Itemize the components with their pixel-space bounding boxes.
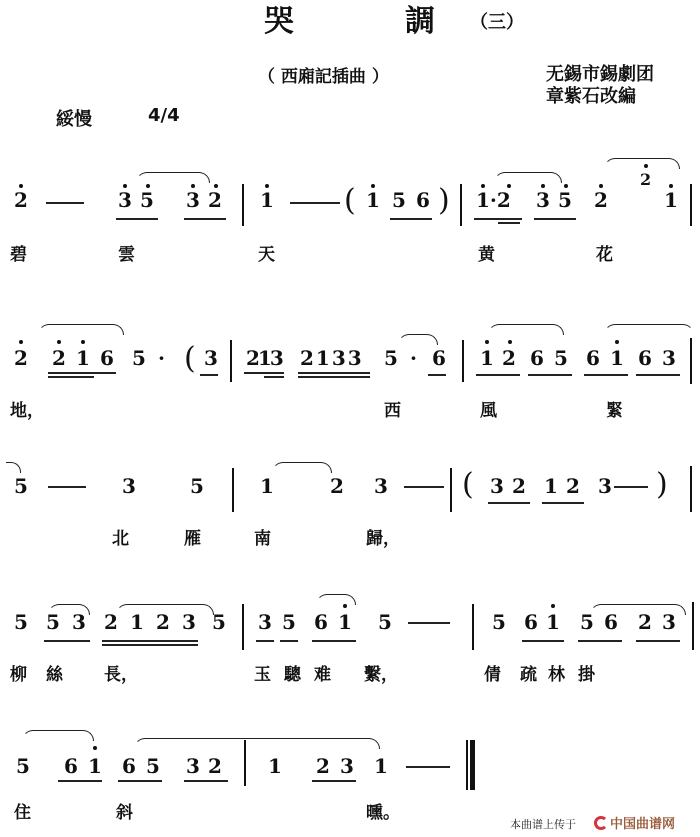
title-char-2: 調 <box>405 0 435 40</box>
note: 2 <box>638 612 652 632</box>
extension-dash <box>46 202 84 204</box>
note: 3 <box>662 348 676 368</box>
underline <box>584 374 628 376</box>
underline <box>48 372 116 374</box>
close-paren: ) <box>656 470 668 500</box>
note: 1 <box>544 476 558 496</box>
note: 6 <box>524 612 538 632</box>
bar-line <box>242 604 244 650</box>
note: 1 <box>88 756 102 776</box>
underline <box>312 780 356 782</box>
open-paren: ( <box>462 470 474 500</box>
underline <box>280 640 298 642</box>
note: 3 <box>662 612 676 632</box>
note: 6 <box>64 756 78 776</box>
underline <box>578 640 622 642</box>
site-logo-text: 中国曲谱网 <box>610 813 675 832</box>
high-octave-dot <box>19 340 23 344</box>
underline <box>244 372 284 374</box>
note: 1·2 <box>476 190 511 210</box>
note: 6 <box>100 348 114 368</box>
note: 1 <box>480 348 494 368</box>
note: 2 <box>14 348 28 368</box>
high-octave-dot <box>93 746 97 750</box>
slur <box>316 594 356 605</box>
underline <box>476 374 520 376</box>
note: 6 <box>530 348 544 368</box>
note: 3 <box>374 476 388 496</box>
note: 5 <box>14 612 28 632</box>
underline <box>200 374 218 376</box>
note: 6 <box>432 348 446 368</box>
final-bar-line-thin <box>466 740 468 790</box>
underline <box>44 640 90 642</box>
extension-dash <box>290 202 340 204</box>
note: 3 <box>186 190 200 210</box>
note: 1 <box>260 190 274 210</box>
lyric: 北 <box>112 524 129 549</box>
note: 2 <box>566 476 580 496</box>
close-paren: ) <box>438 186 450 216</box>
site-logo[interactable]: 中国曲谱网 <box>594 813 675 832</box>
slur <box>134 738 380 749</box>
high-octave-dot <box>644 164 648 168</box>
lyric: 驄 <box>284 660 301 685</box>
note: 5 <box>46 612 60 632</box>
extension-dash <box>406 766 450 768</box>
note: 6 <box>314 612 328 632</box>
note: 6 <box>416 190 430 210</box>
extension-dash <box>404 486 444 488</box>
lyric: 歸， <box>366 524 400 549</box>
lyric: 花 <box>596 240 613 265</box>
slur <box>272 462 332 473</box>
underline <box>118 780 162 782</box>
bar-line <box>244 740 246 786</box>
lyric: 碧 <box>10 240 27 265</box>
note: 1 <box>130 612 144 632</box>
slur <box>38 324 124 335</box>
underline <box>474 218 522 220</box>
slur <box>604 324 694 335</box>
underline <box>102 640 198 642</box>
note: 2 <box>104 612 118 632</box>
lyric: 長， <box>104 660 138 685</box>
note: 5 <box>190 476 204 496</box>
note: 3 <box>490 476 504 496</box>
note: 2133 <box>300 348 364 368</box>
underline <box>498 222 520 224</box>
note: 6 <box>604 612 618 632</box>
note: 5 <box>16 756 30 776</box>
note: 2 <box>502 348 516 368</box>
lyric: 曛。 <box>366 798 400 823</box>
lyric: 西 <box>384 396 401 421</box>
lyric: 玉 <box>254 660 271 685</box>
underline <box>264 376 284 378</box>
note: 1 <box>76 348 90 368</box>
bar-line <box>460 184 462 226</box>
underline <box>312 640 356 642</box>
note: 3 <box>118 190 132 210</box>
final-bar-line-thick <box>470 740 475 790</box>
note: 5 <box>14 476 28 496</box>
high-octave-dot <box>265 184 269 188</box>
underline <box>390 218 432 220</box>
note: 5 <box>140 190 154 210</box>
grace-note: 2 <box>640 170 651 190</box>
note: 5 <box>392 190 406 210</box>
open-paren: ( <box>344 186 356 216</box>
bar-line <box>230 340 232 382</box>
underline <box>428 374 446 376</box>
lyric: 雲 <box>118 240 135 265</box>
note: 3 <box>182 612 196 632</box>
lyric: 住 <box>14 798 31 823</box>
underline <box>298 372 370 374</box>
underline <box>534 218 576 220</box>
note: 2 <box>14 190 28 210</box>
lyric: 斜 <box>116 798 133 823</box>
title-part-number: （三） <box>470 8 524 34</box>
note: 6 <box>122 756 136 776</box>
slur <box>494 172 562 183</box>
note: 5 <box>132 348 146 368</box>
note: 5 <box>558 190 572 210</box>
lyric: 黄 <box>478 240 495 265</box>
underline <box>58 780 102 782</box>
lyric: 絲 <box>46 660 63 685</box>
slur-continuation <box>6 462 21 473</box>
underline <box>298 376 370 378</box>
note: 3 <box>258 612 272 632</box>
note: 2 <box>156 612 170 632</box>
note: 1 <box>338 612 352 632</box>
lyric: 南 <box>254 524 271 549</box>
underline <box>528 374 572 376</box>
lyric: 繫， <box>364 660 398 685</box>
high-octave-dot <box>191 184 195 188</box>
bar-line <box>690 338 692 384</box>
bar-line <box>692 602 694 650</box>
tempo-marking: 綏慢 <box>56 105 92 131</box>
underline <box>184 780 228 782</box>
time-signature: 4/4 <box>148 105 180 126</box>
underline <box>488 502 530 504</box>
lyric: 柳 <box>10 660 27 685</box>
note: 3 <box>122 476 136 496</box>
extension-dash <box>48 486 86 488</box>
note: 6 <box>638 348 652 368</box>
lyric: 难 <box>314 660 331 685</box>
note: 1 <box>546 612 560 632</box>
bar-line <box>690 184 692 226</box>
note: 6 <box>586 348 600 368</box>
lyric: 風 <box>480 396 497 421</box>
note: 2 <box>330 476 344 496</box>
note: 5 <box>378 612 392 632</box>
note: 5 <box>492 612 506 632</box>
underline <box>116 218 158 220</box>
high-octave-dot <box>214 184 218 188</box>
note: 1 <box>260 476 274 496</box>
high-octave-dot <box>123 184 127 188</box>
high-octave-dot <box>599 184 603 188</box>
slur <box>604 158 680 169</box>
note: 2 <box>208 756 222 776</box>
note: 2 <box>208 190 222 210</box>
note: 3 <box>598 476 612 496</box>
lyric: 雁 <box>184 524 201 549</box>
note: 2 <box>512 476 526 496</box>
extension-dash <box>408 622 450 624</box>
note: 3 <box>72 612 86 632</box>
underline <box>636 640 680 642</box>
note: 5 <box>580 612 594 632</box>
high-octave-dot <box>343 604 347 608</box>
logo-mark-icon <box>594 816 608 830</box>
note: 2 <box>52 348 66 368</box>
high-octave-dot <box>485 340 489 344</box>
note: 5 <box>384 348 398 368</box>
note: 5 <box>212 612 226 632</box>
underline <box>184 218 226 220</box>
underline <box>636 374 680 376</box>
underline <box>102 644 198 646</box>
lyric: 天 <box>258 240 275 265</box>
bar-line <box>242 184 244 226</box>
high-octave-dot <box>615 340 619 344</box>
bar-line <box>472 604 474 650</box>
note: 213 <box>246 348 282 368</box>
note: 1 <box>374 756 388 776</box>
bar-line <box>462 340 464 382</box>
slur <box>488 324 564 335</box>
note: 5 <box>282 612 296 632</box>
high-octave-dot <box>81 340 85 344</box>
lyric: 疏 <box>520 660 537 685</box>
upload-source-text: 本曲谱上传于 <box>510 816 576 832</box>
high-octave-dot <box>551 604 555 608</box>
high-octave-dot <box>564 184 568 188</box>
bar-line <box>690 466 692 512</box>
slur <box>22 730 94 741</box>
lyric: 林 <box>548 660 565 685</box>
high-octave-dot <box>146 184 150 188</box>
title-char-1: 哭 <box>264 0 294 40</box>
note: 1 <box>664 190 678 210</box>
note: 2 <box>594 190 608 210</box>
underline <box>542 502 584 504</box>
underline <box>48 376 94 378</box>
high-octave-dot <box>541 184 545 188</box>
high-octave-dot <box>507 184 511 188</box>
note: 1 <box>366 190 380 210</box>
bar-line <box>450 468 452 512</box>
note: 5 <box>146 756 160 776</box>
note: 1 <box>610 348 624 368</box>
underline <box>256 640 274 642</box>
high-octave-dot <box>19 184 23 188</box>
dot-note: · <box>158 348 165 368</box>
lyric: 倩 <box>484 660 501 685</box>
note: 3 <box>186 756 200 776</box>
note: 3 <box>204 348 218 368</box>
note: 3 <box>340 756 354 776</box>
dot-note: · <box>410 348 417 368</box>
slur <box>398 334 438 345</box>
high-octave-dot <box>371 184 375 188</box>
high-octave-dot <box>481 184 485 188</box>
extension-dash <box>614 486 648 488</box>
attribution-line-2: 章紫石改編 <box>546 82 636 108</box>
lyric: 掛 <box>578 660 595 685</box>
note: 2 <box>316 756 330 776</box>
bar-line <box>232 468 234 512</box>
note: 5 <box>554 348 568 368</box>
slur <box>136 172 210 183</box>
high-octave-dot <box>669 184 673 188</box>
subtitle: （ 西廂記插曲 ） <box>258 62 389 87</box>
high-octave-dot <box>57 340 61 344</box>
lyric: 緊 <box>606 396 623 421</box>
underline <box>522 640 564 642</box>
high-octave-dot <box>508 340 512 344</box>
open-paren: ( <box>184 344 196 374</box>
note: 1 <box>268 756 282 776</box>
lyric: 地， <box>10 396 44 421</box>
note: 3 <box>536 190 550 210</box>
